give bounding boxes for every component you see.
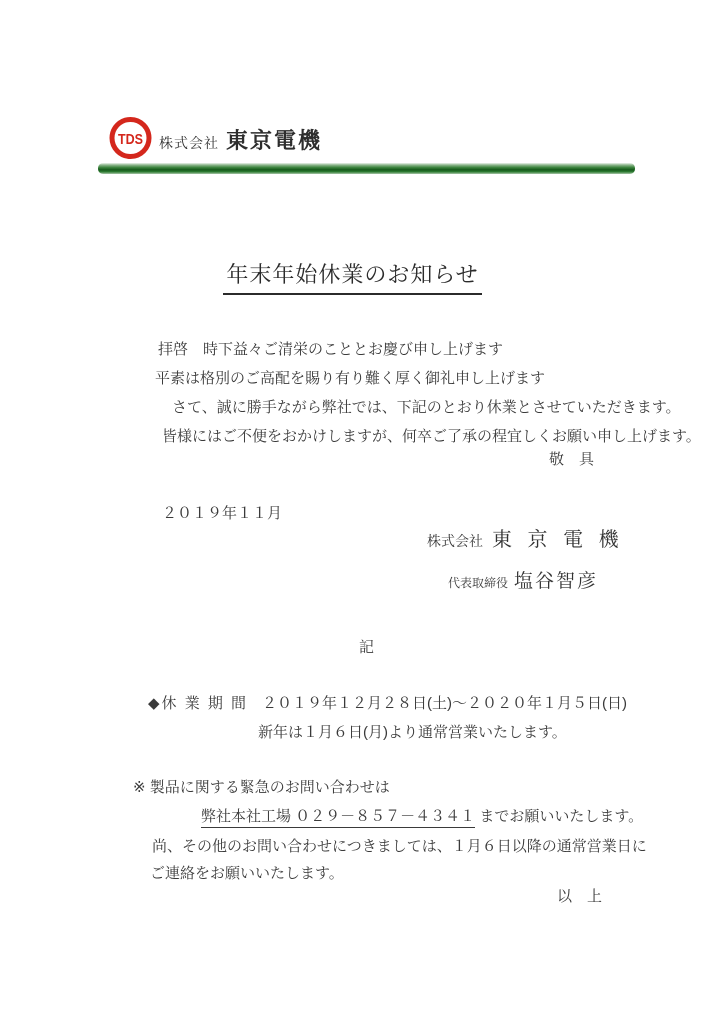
signature-company-row: 株式会社 東 京 電 機	[427, 523, 624, 552]
company-logo-icon: TDS	[107, 115, 154, 161]
greeting-closing: 敬 具	[549, 448, 594, 469]
signature-role: 代表取締役	[448, 574, 508, 591]
contact-phone-number: 弊社本社工場 ０２９－８５７－４３４１	[201, 808, 475, 828]
logo-letters: TDS	[118, 131, 143, 148]
reopen-note: 新年は１月６日(月)より通常営業いたします。	[258, 721, 567, 742]
header-accent-bar	[98, 163, 635, 174]
holiday-period-row: ◆休 業 期 間 ２０１９年１２月２８日(土)～２０２０年１月５日(日)	[148, 692, 627, 713]
signature-company-prefix: 株式会社	[427, 531, 483, 551]
signature-president-row: 代表取締役 塩谷智彦	[448, 566, 598, 593]
signature-company-name: 東 京 電 機	[492, 523, 624, 552]
contact-other-line-1: 尚、その他のお問い合わせにつきましては、１月６日以降の通常営業日に	[152, 835, 647, 856]
holiday-period-value: ２０１９年１２月２８日(土)～２０２０年１月５日(日)	[262, 692, 627, 713]
greeting-line-2: 平素は格別のご高配を賜り有り難く厚く御礼申し上げます	[155, 367, 545, 388]
greeting-line-1: 拝啓 時下益々ご清栄のこととお慶び申し上げます	[158, 338, 503, 359]
greeting-line-4: 皆様にはご不便をおかけしますが、何卒ご了承の程宜しくお願い申し上げます。	[162, 425, 701, 446]
holiday-period-label: ◆休 業 期 間	[148, 692, 248, 713]
header-company-prefix: 株式会社	[159, 133, 219, 153]
title-row: 年末年始休業のお知らせ	[84, 258, 621, 295]
signature-date: ２０１９年１１月	[162, 502, 282, 523]
document-page: TDS 株式会社 東京電機 年末年始休業のお知らせ 拝啓 時下益々ご清栄のことと…	[0, 0, 724, 1024]
contact-phone-row: 弊社本社工場 ０２９－８５７－４３４１ までお願いいたします。	[201, 805, 643, 826]
greeting-line-3: さて、誠に勝手ながら弊社では、下記のとおり休業とさせていただきます。	[172, 396, 681, 417]
record-mark: 記	[98, 636, 635, 657]
contact-other-line-2: ご連絡をお願いいたします。	[150, 862, 344, 883]
contact-phone-suffix: までお願いいたします。	[475, 808, 643, 825]
header-company-label: 東京電機	[226, 124, 322, 155]
footer-closing: 以 上	[557, 885, 602, 906]
contact-intro: ※ 製品に関する緊急のお問い合わせは	[133, 776, 390, 797]
signature-president-name: 塩谷智彦	[514, 566, 598, 593]
logo-ring-icon: TDS	[107, 115, 154, 161]
header-company-name: 株式会社 東京電機	[159, 124, 322, 155]
document-title: 年末年始休業のお知らせ	[223, 258, 481, 295]
